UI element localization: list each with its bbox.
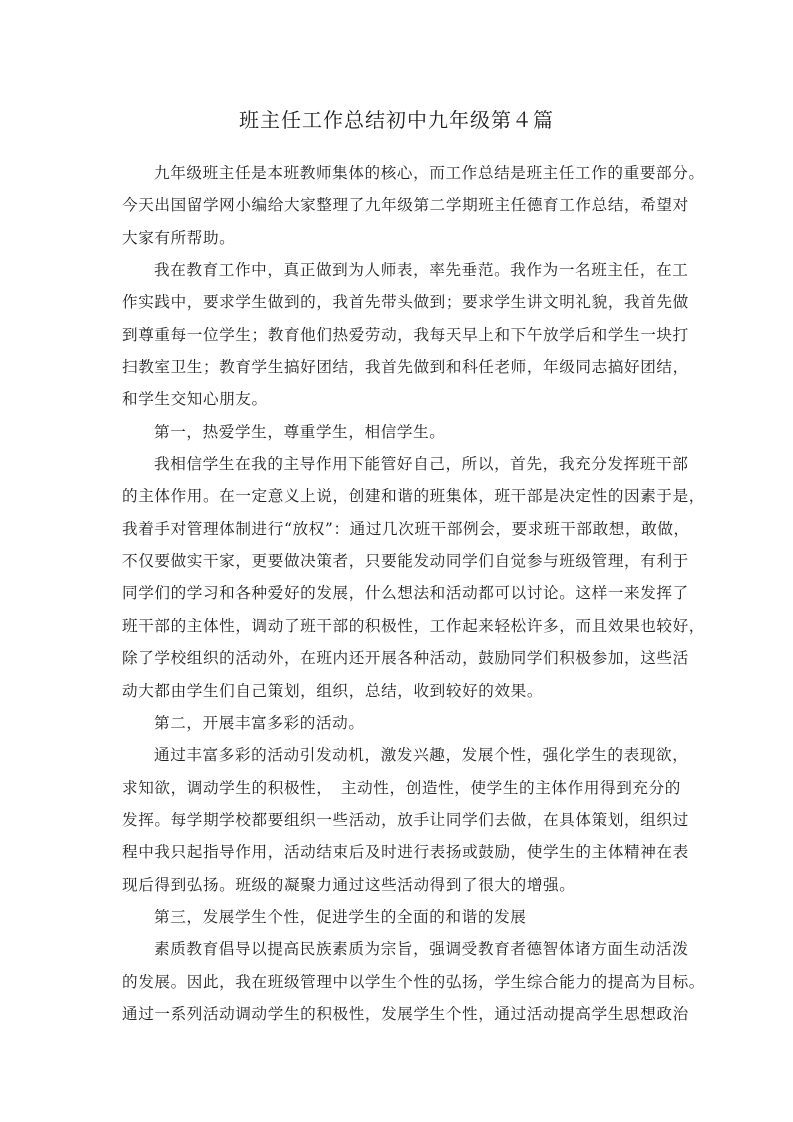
text-line: 作实践中，要求学生做到的，我首先带头做到；要求学生讲文明礼貌，我首先做 (122, 286, 682, 318)
text-line: 的发展。因此，我在班级管理中以学生个性的弘扬，学生综合能力的提高为目标。 (122, 966, 682, 998)
document-page: 班主任工作总结初中九年级第４篇 九年级班主任是本班教师集体的核心，而工作总结是班… (0, 0, 793, 1122)
paragraph-activities: 通过丰富多彩的活动引发动机，激发兴趣，发展个性，强化学生的表现欲， 求知欲，调动… (122, 739, 682, 901)
text-line: 不仅要做实干家，更要做决策者，只要能发动同学们自觉参与班级管理，有利于 (122, 545, 682, 577)
section-heading-text: 第二，开展丰富多彩的活动。 (122, 707, 682, 739)
section-heading-second: 第二，开展丰富多彩的活动。 (122, 707, 682, 739)
text-line: 除了学校组织的活动外，在班内还开展各种活动，鼓励同学们积极参加，这些活 (122, 642, 682, 674)
text-line: 和学生交知心朋友。 (122, 383, 682, 415)
text-line: 程中我只起指导作用，活动结束后及时进行表扬或鼓励，使学生的主体精神在表 (122, 836, 682, 868)
section-heading-text: 第一，热爱学生，尊重学生，相信学生。 (122, 416, 682, 448)
text-line: 扫教室卫生；教育学生搞好团结，我首先做到和科任老师，年级同志搞好团结， (122, 351, 682, 383)
text-line: 现后得到弘扬。班级的凝聚力通过这些活动得到了很大的增强。 (122, 869, 682, 901)
document-title: 班主任工作总结初中九年级第４篇 (0, 104, 793, 136)
text-line: 到尊重每一位学生；教育他们热爱劳动，我每天早上和下午放学后和学生一块打 (122, 319, 682, 351)
text-line: 今天出国留学网小编给大家整理了九年级第二学期班主任德育工作总结，希望对 (122, 189, 682, 221)
text-line: 通过丰富多彩的活动引发动机，激发兴趣，发展个性，强化学生的表现欲， (122, 739, 682, 771)
text-line: 的主体作用。在一定意义上说，创建和谐的班集体，班干部是决定性的因素于是， (122, 480, 682, 512)
text-line: 大家有所帮助。 (122, 222, 682, 254)
text-line: 发挥。每学期学校都要组织一些活动，放手让同学们去做，在具体策划，组织过 (122, 804, 682, 836)
paragraph-intro: 九年级班主任是本班教师集体的核心，而工作总结是班主任工作的重要部分。 今天出国留… (122, 157, 682, 254)
paragraph-individuality: 素质教育倡导以提高民族素质为宗旨，强调受教育者德智体诸方面生动活泼 的发展。因此… (122, 933, 682, 1030)
text-line: 通过一系列活动调动学生的积极性，发展学生个性，通过活动提高学生思想政治 (122, 998, 682, 1030)
text-line: 我在教育工作中，真正做到为人师表，率先垂范。我作为一名班主任，在工 (122, 254, 682, 286)
text-line: 同学们的学习和各种爱好的发展，什么想法和活动都可以讨论。这样一来发挥了 (122, 577, 682, 609)
section-heading-third: 第三，发展学生个性，促进学生的全面的和谐的发展 (122, 901, 682, 933)
paragraph-role-model: 我在教育工作中，真正做到为人师表，率先垂范。我作为一名班主任，在工 作实践中，要… (122, 254, 682, 416)
section-heading-text: 第三，发展学生个性，促进学生的全面的和谐的发展 (122, 901, 682, 933)
text-line: 求知欲，调动学生的积极性， 主动性，创造性，使学生的主体作用得到充分的 (122, 772, 682, 804)
text-line: 动大都由学生们自己策划，组织，总结，收到较好的效果。 (122, 675, 682, 707)
section-heading-first: 第一，热爱学生，尊重学生，相信学生。 (122, 416, 682, 448)
text-line: 素质教育倡导以提高民族素质为宗旨，强调受教育者德智体诸方面生动活泼 (122, 933, 682, 965)
text-line: 我相信学生在我的主导作用下能管好自己，所以，首先，我充分发挥班干部 (122, 448, 682, 480)
text-line: 九年级班主任是本班教师集体的核心，而工作总结是班主任工作的重要部分。 (122, 157, 682, 189)
text-line: 我着手对管理体制进行“放权”：通过几次班干部例会，要求班干部敢想，敢做， (122, 513, 682, 545)
paragraph-class-leaders: 我相信学生在我的主导作用下能管好自己，所以，首先，我充分发挥班干部 的主体作用。… (122, 448, 682, 707)
text-line: 班干部的主体性，调动了班干部的积极性，工作起来轻松许多，而且效果也较好， (122, 610, 682, 642)
document-body: 九年级班主任是本班教师集体的核心，而工作总结是班主任工作的重要部分。 今天出国留… (122, 157, 682, 1030)
